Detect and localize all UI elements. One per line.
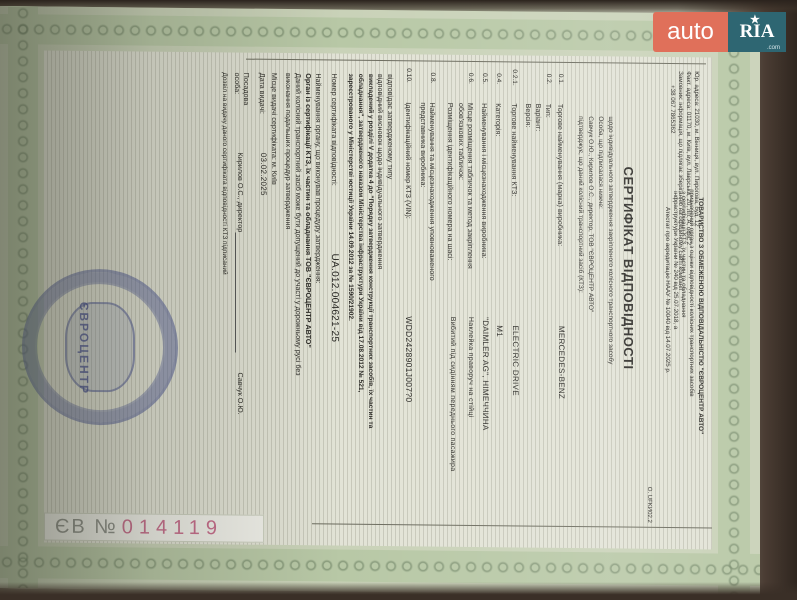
field-value-plates: Наклейка праворуч на стійці — [466, 317, 474, 418]
field-value-make: MERCEDES-BENZ — [556, 326, 566, 399]
conformity-line-2: відповідний висновок щодо індивідуальног… — [375, 74, 384, 269]
field-label-version: Версія: — [523, 104, 532, 128]
legal-address: Юр. адреса: 21030, м. Вінниця, вул. Пиро… — [693, 71, 700, 226]
field-num: 0.6. — [466, 73, 474, 84]
field-label-trade-name: Торгове найменування КТЗ: — [509, 103, 518, 196]
conformity-line-3: викладений у розділі V додатка 4 до "Пор… — [366, 74, 374, 429]
field-label-type: Тип: — [543, 104, 552, 118]
issue-date: 03.02.2025 — [258, 153, 268, 196]
field-value-vin: WDD2428901J007?0 — [404, 316, 414, 402]
intro-line-4: підтверджує, що даний колісний транспорт… — [576, 116, 584, 293]
watermark-ria: ★ RIA .com — [728, 12, 786, 52]
field-label-make: Торгове найменування (марка) виробника: — [555, 104, 564, 246]
issue-date-label: Дата видачі: — [257, 73, 266, 114]
field-num: 0.1. — [556, 74, 564, 85]
field-label-variant: Варіант: — [533, 104, 542, 132]
photo-edge-bottom — [0, 582, 797, 600]
contact-info: Замовник: інформація, що підлягає зберіг… — [677, 71, 684, 290]
conformity-line-1: відповідає затвердженому типу — [385, 74, 394, 179]
certificate-title: СЕРТИФІКАТ ВІДПОВІДНОСТІ — [620, 167, 636, 370]
field-num: 0.2. — [544, 74, 552, 85]
actual-address: Факт. адреса: 01170, м. Київ, вул. Лаврс… — [685, 71, 692, 245]
conformity-line-5: зареєстрованого у Міністерстві юстиції У… — [346, 74, 354, 321]
field-value-trade-name: ELECTRIC DRIVE — [510, 325, 520, 396]
field-num: 0.10. — [404, 68, 412, 83]
field-num: 0.8. — [428, 73, 436, 84]
accreditation-line: Атестат про акредитацію НААУ № 10040 від… — [664, 207, 671, 374]
field-value-manufacturer: "DAIMLER AG", НІМЕЧЧИНА — [480, 317, 490, 431]
intro-line-2: Особа, що підписалася нижче: — [596, 116, 604, 209]
field-label-vin-location: Розміщення ідентифікаційного номера на ш… — [445, 103, 454, 261]
approval-body-name: Орган із сертифікації КТЗ, їх частин та … — [303, 73, 312, 348]
admission-line-2: виконання подальших процедур затвердженн… — [283, 73, 292, 229]
field-num: 0.2.1. — [510, 69, 518, 85]
knot-pattern-right — [727, 14, 741, 596]
field-label-representative: Найменування та місцезнаходження уповнов… — [419, 102, 436, 302]
field-num: 0.4. — [494, 73, 502, 84]
autoria-watermark: auto ★ RIA .com — [653, 12, 786, 52]
serial-prefix: ЄВ № — [55, 515, 118, 539]
field-label-manufacturer: Найменування і місцезнаходження виробник… — [479, 103, 488, 259]
certificate-paper: ТОВАРИСТВО З ОБМЕЖЕНОЮ ВІДПОВІДАЛЬНІСТЮ … — [0, 6, 760, 596]
star-icon: ★ — [750, 13, 760, 26]
field-value-vin-location: Вибитий під сидінням переднього пасажира — [448, 317, 456, 472]
cert-number: UA.012.004621-25 — [328, 253, 340, 342]
admission-line-1: Даний колісний транспортний засіб може б… — [293, 73, 302, 376]
field-label-vin: Ідентифікаційний номер КТЗ (VIN): — [403, 102, 412, 219]
stamp-emblem — [65, 302, 135, 393]
serial-number-box: ЄВ № 014119 — [44, 512, 264, 542]
watermark-auto: auto — [653, 12, 728, 52]
intro-line-1: щодо індивідуального затвердження закріп… — [606, 116, 614, 364]
signature-name: Савчук О.Ю. — [235, 372, 244, 414]
watermark-domain: .com — [767, 45, 780, 51]
footer-line: Дозвіл на видачу даного сертифіката відп… — [220, 72, 228, 274]
conformity-line-4: обладнання", затвердженого наказом Мініс… — [356, 74, 364, 393]
official-label: Посадова особа: — [233, 72, 250, 112]
official-value: Кирилов О.С., директор — [235, 152, 244, 232]
divider-line-left — [246, 59, 706, 65]
field-label-category: Категорія: — [493, 103, 502, 136]
serial-number: 014119 — [122, 516, 223, 540]
field-num: 0.5. — [480, 73, 488, 84]
divider-line-right — [312, 523, 712, 528]
form-code: О. UFKИ02.2 — [645, 487, 652, 523]
cert-number-label: Номер сертифіката відповідності: — [329, 73, 338, 185]
issue-place: Місце видачі сертифіката: м. Київ — [269, 73, 278, 185]
signature-line — [235, 232, 236, 352]
intro-line-3: Савчук О.Ю., Кирилов О.С., директор, ТОВ… — [586, 116, 594, 312]
official-stamp: ЄВРОЦЕНТР — [22, 268, 178, 426]
stamp-text: ЄВРОЦЕНТР — [77, 302, 91, 395]
org-name: ТОВАРИСТВО З ОБМЕЖЕНОЮ ВІДПОВІДАЛЬНІСТЮ … — [696, 197, 704, 434]
field-value-category: M1 — [494, 325, 504, 337]
knot-pattern-left — [16, 6, 30, 588]
field-label-plates: Місце розміщення табличок та метод закрі… — [457, 103, 474, 303]
approval-body-label: Найменування органу, що виконував процед… — [313, 73, 322, 283]
phone-number: +38 067 7865362 — [669, 85, 676, 133]
